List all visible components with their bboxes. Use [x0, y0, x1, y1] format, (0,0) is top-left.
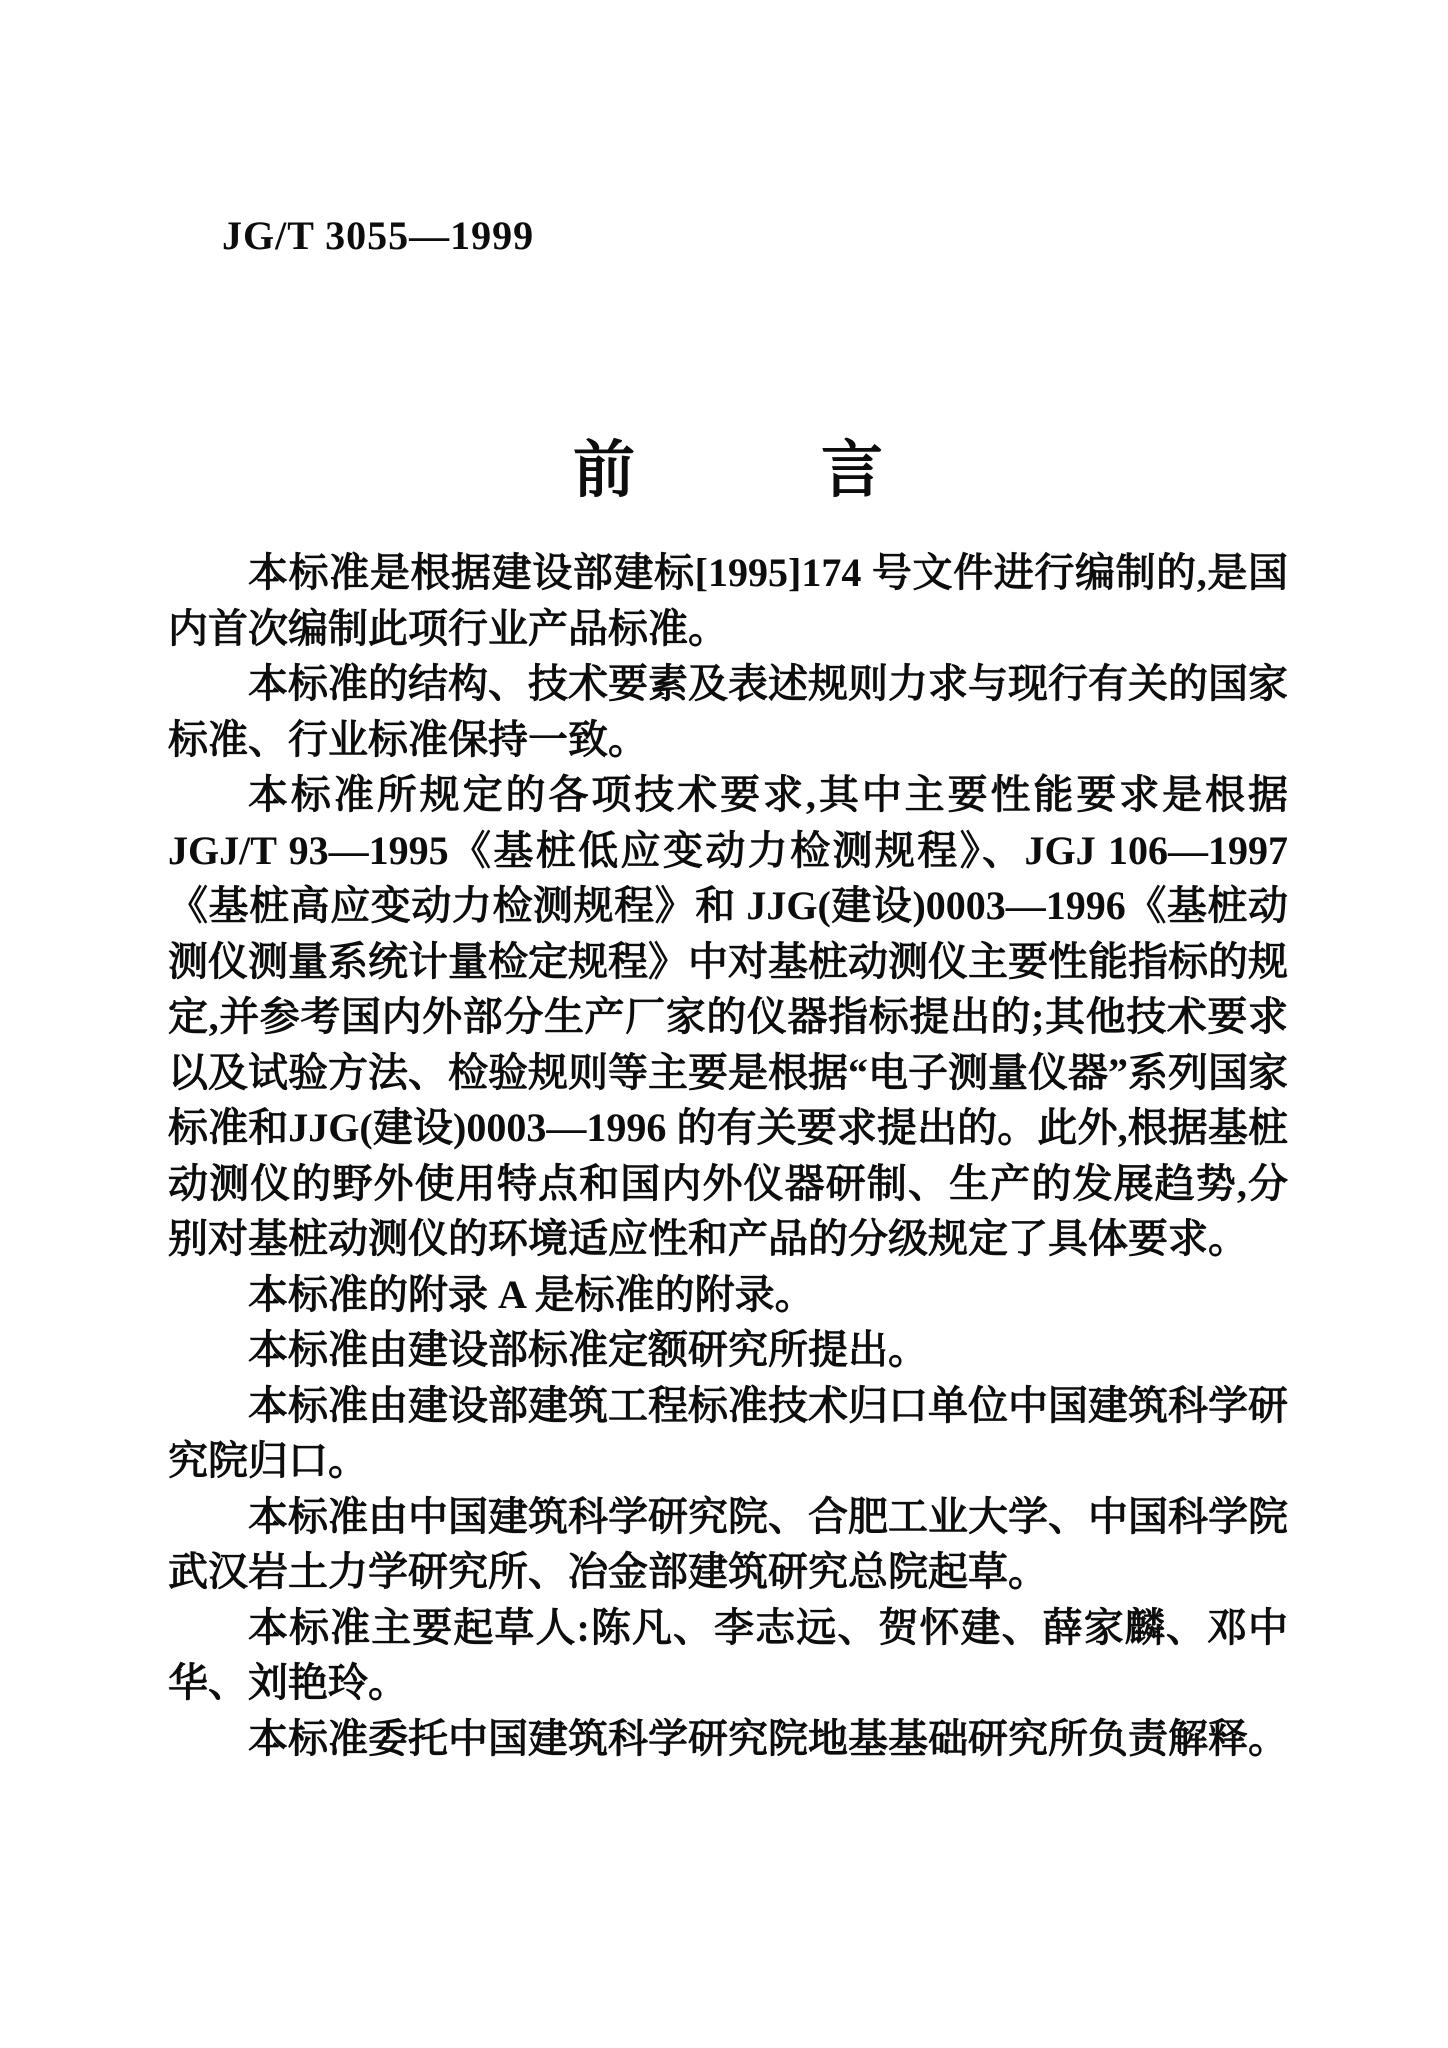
paragraph: 本标准所规定的各项技术要求,其中主要性能要求是根据JGJ/T 93—1995《基… — [168, 767, 1288, 1267]
document-page: JG/T 3055—1999 前 言 本标准是根据建设部建标[1995]174 … — [0, 0, 1448, 2048]
paragraph: 本标准是根据建设部建标[1995]174 号文件进行编制的,是国内首次编制此项行… — [168, 545, 1288, 656]
page-title: 前 言 — [168, 431, 1288, 511]
paragraph: 本标准委托中国建筑科学研究院地基基础研究所负责解释。 — [168, 1711, 1288, 1767]
paragraph: 本标准由建设部标准定额研究所提出。 — [168, 1322, 1288, 1378]
document-body: 本标准是根据建设部建标[1995]174 号文件进行编制的,是国内首次编制此项行… — [168, 545, 1288, 1766]
paragraph: 本标准的附录 A 是标准的附录。 — [168, 1267, 1288, 1323]
paragraph: 本标准的结构、技术要素及表述规则力求与现行有关的国家标准、行业标准保持一致。 — [168, 656, 1288, 767]
paragraph: 本标准由中国建筑科学研究院、合肥工业大学、中国科学院武汉岩土力学研究所、冶金部建… — [168, 1489, 1288, 1600]
paragraph: 本标准由建设部建筑工程标准技术归口单位中国建筑科学研究院归口。 — [168, 1378, 1288, 1489]
standard-code: JG/T 3055—1999 — [222, 213, 1448, 259]
paragraph: 本标准主要起草人:陈凡、李志远、贺怀建、薛家麟、邓中华、刘艳玲。 — [168, 1600, 1288, 1711]
